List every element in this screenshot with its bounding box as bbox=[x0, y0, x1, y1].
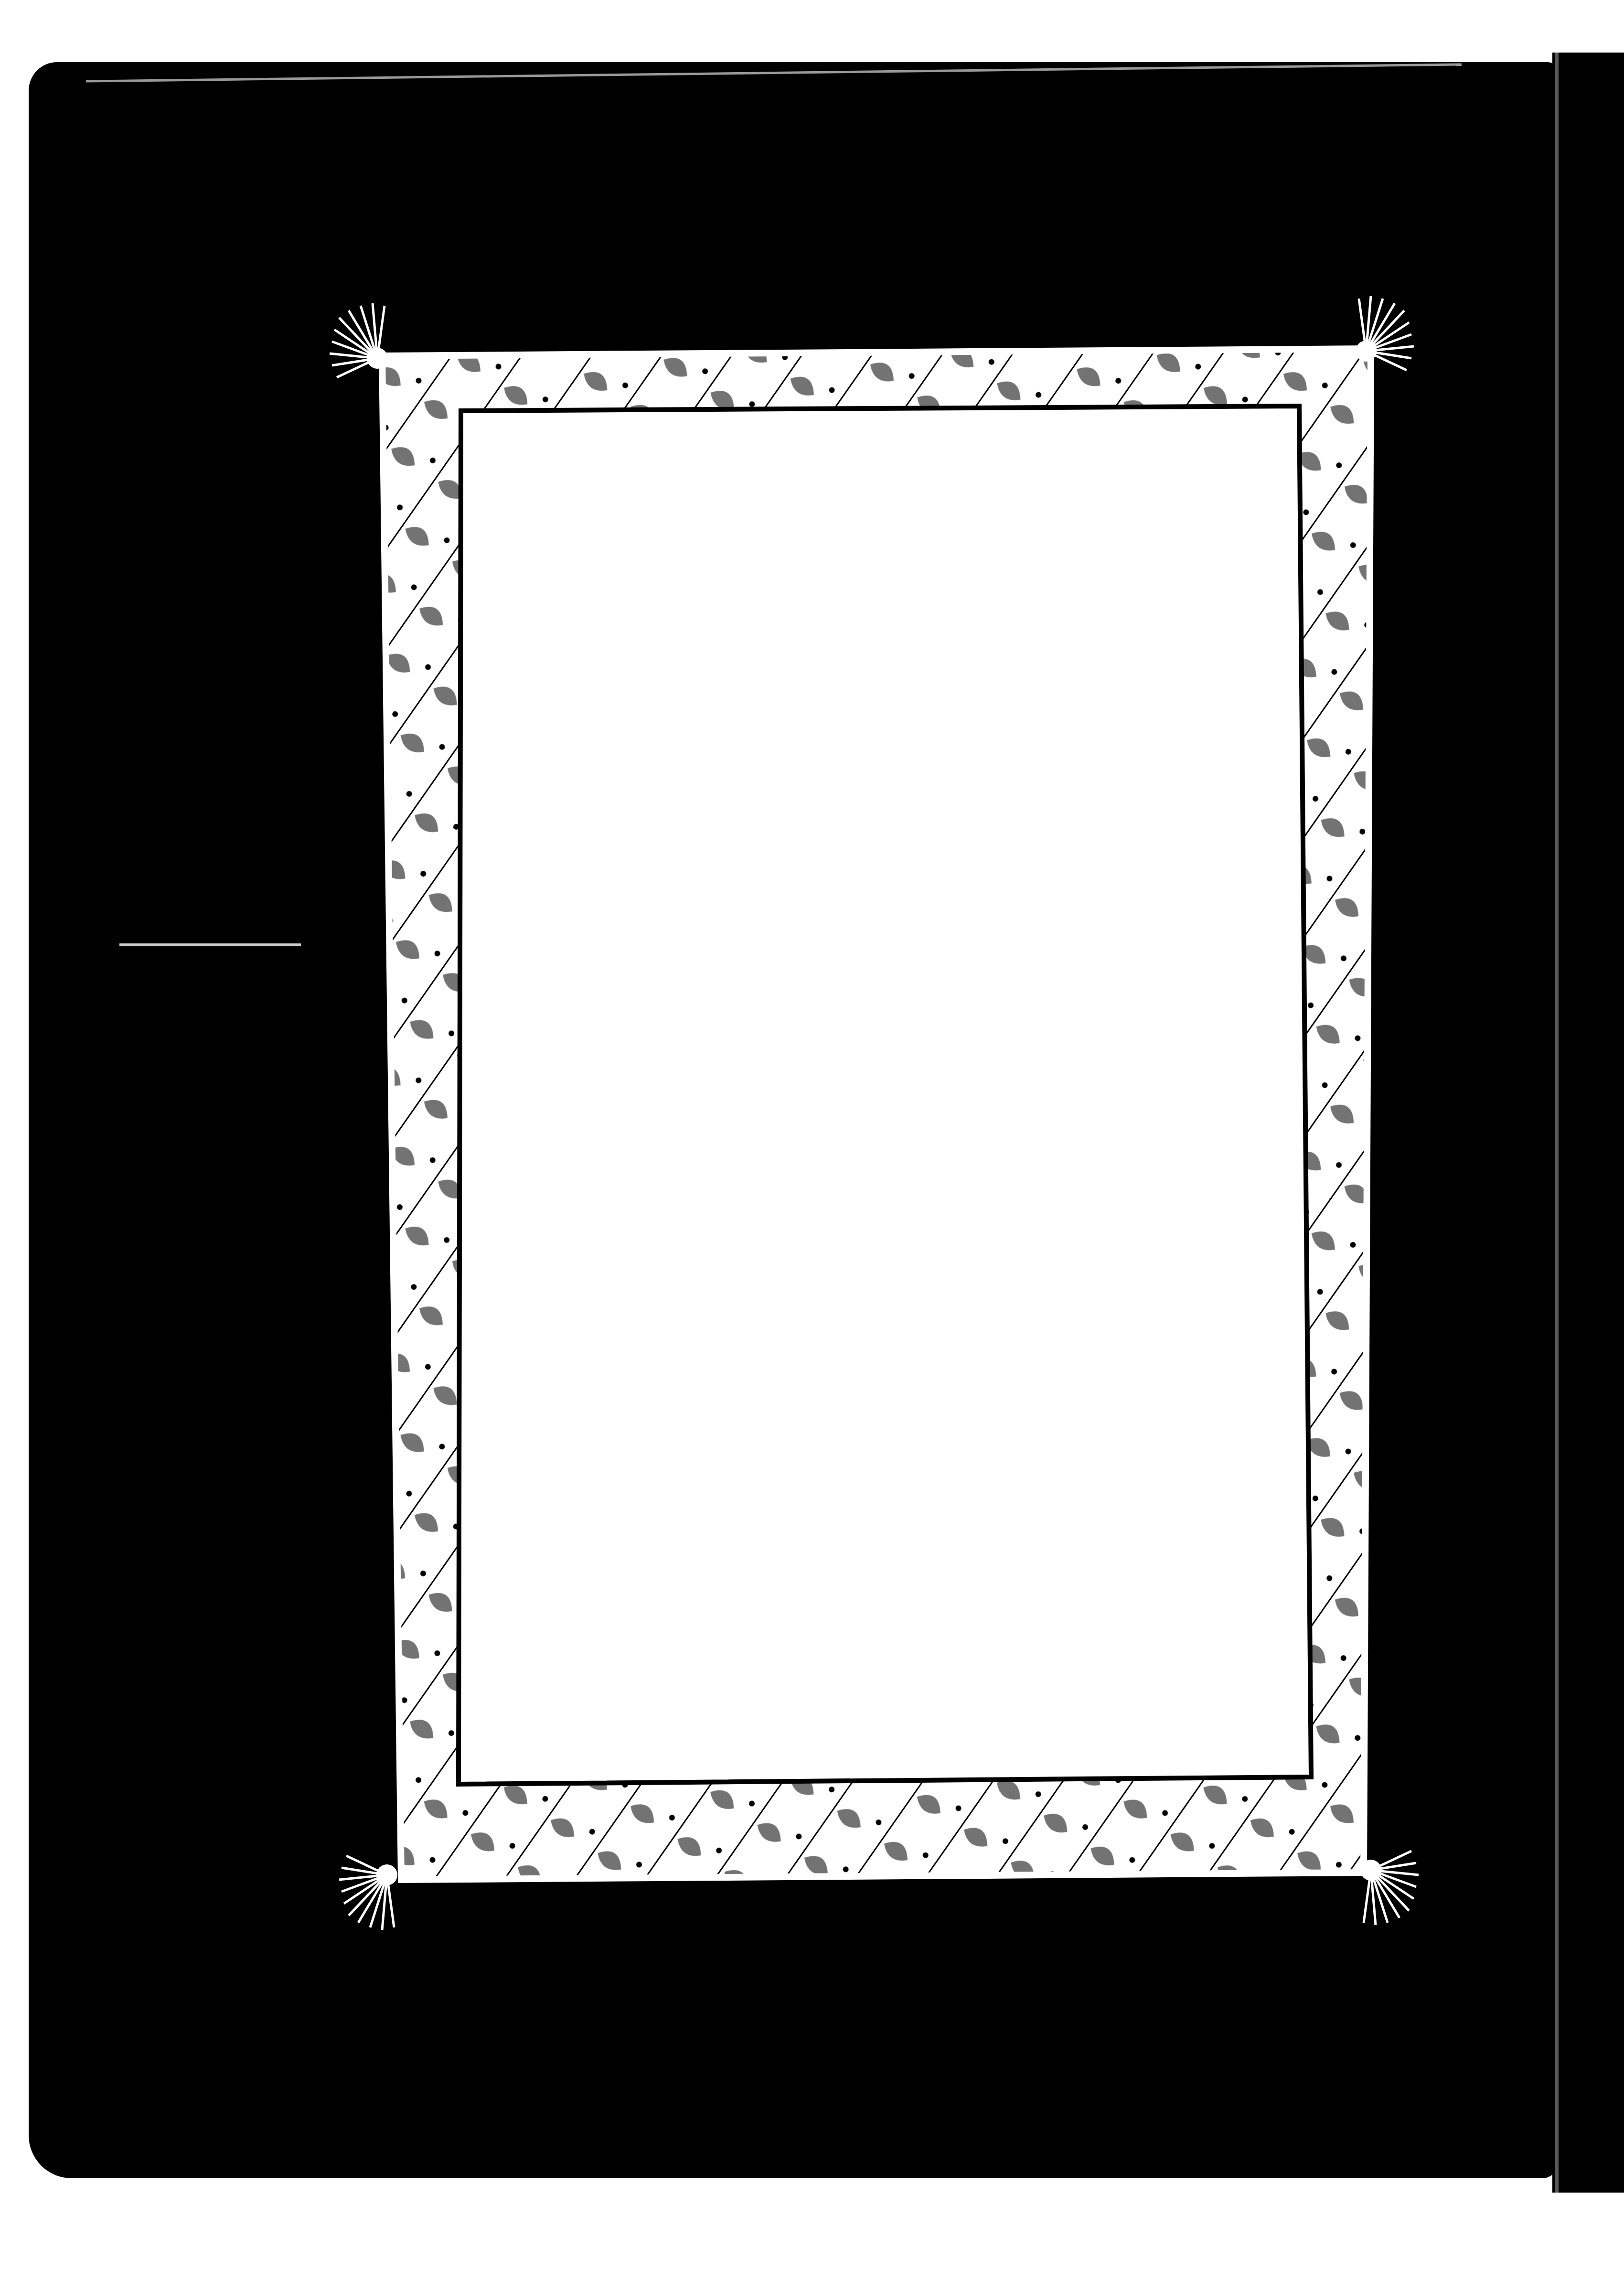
ornamental-frame bbox=[0, 0, 1624, 2269]
blank-panel bbox=[459, 406, 1311, 1784]
